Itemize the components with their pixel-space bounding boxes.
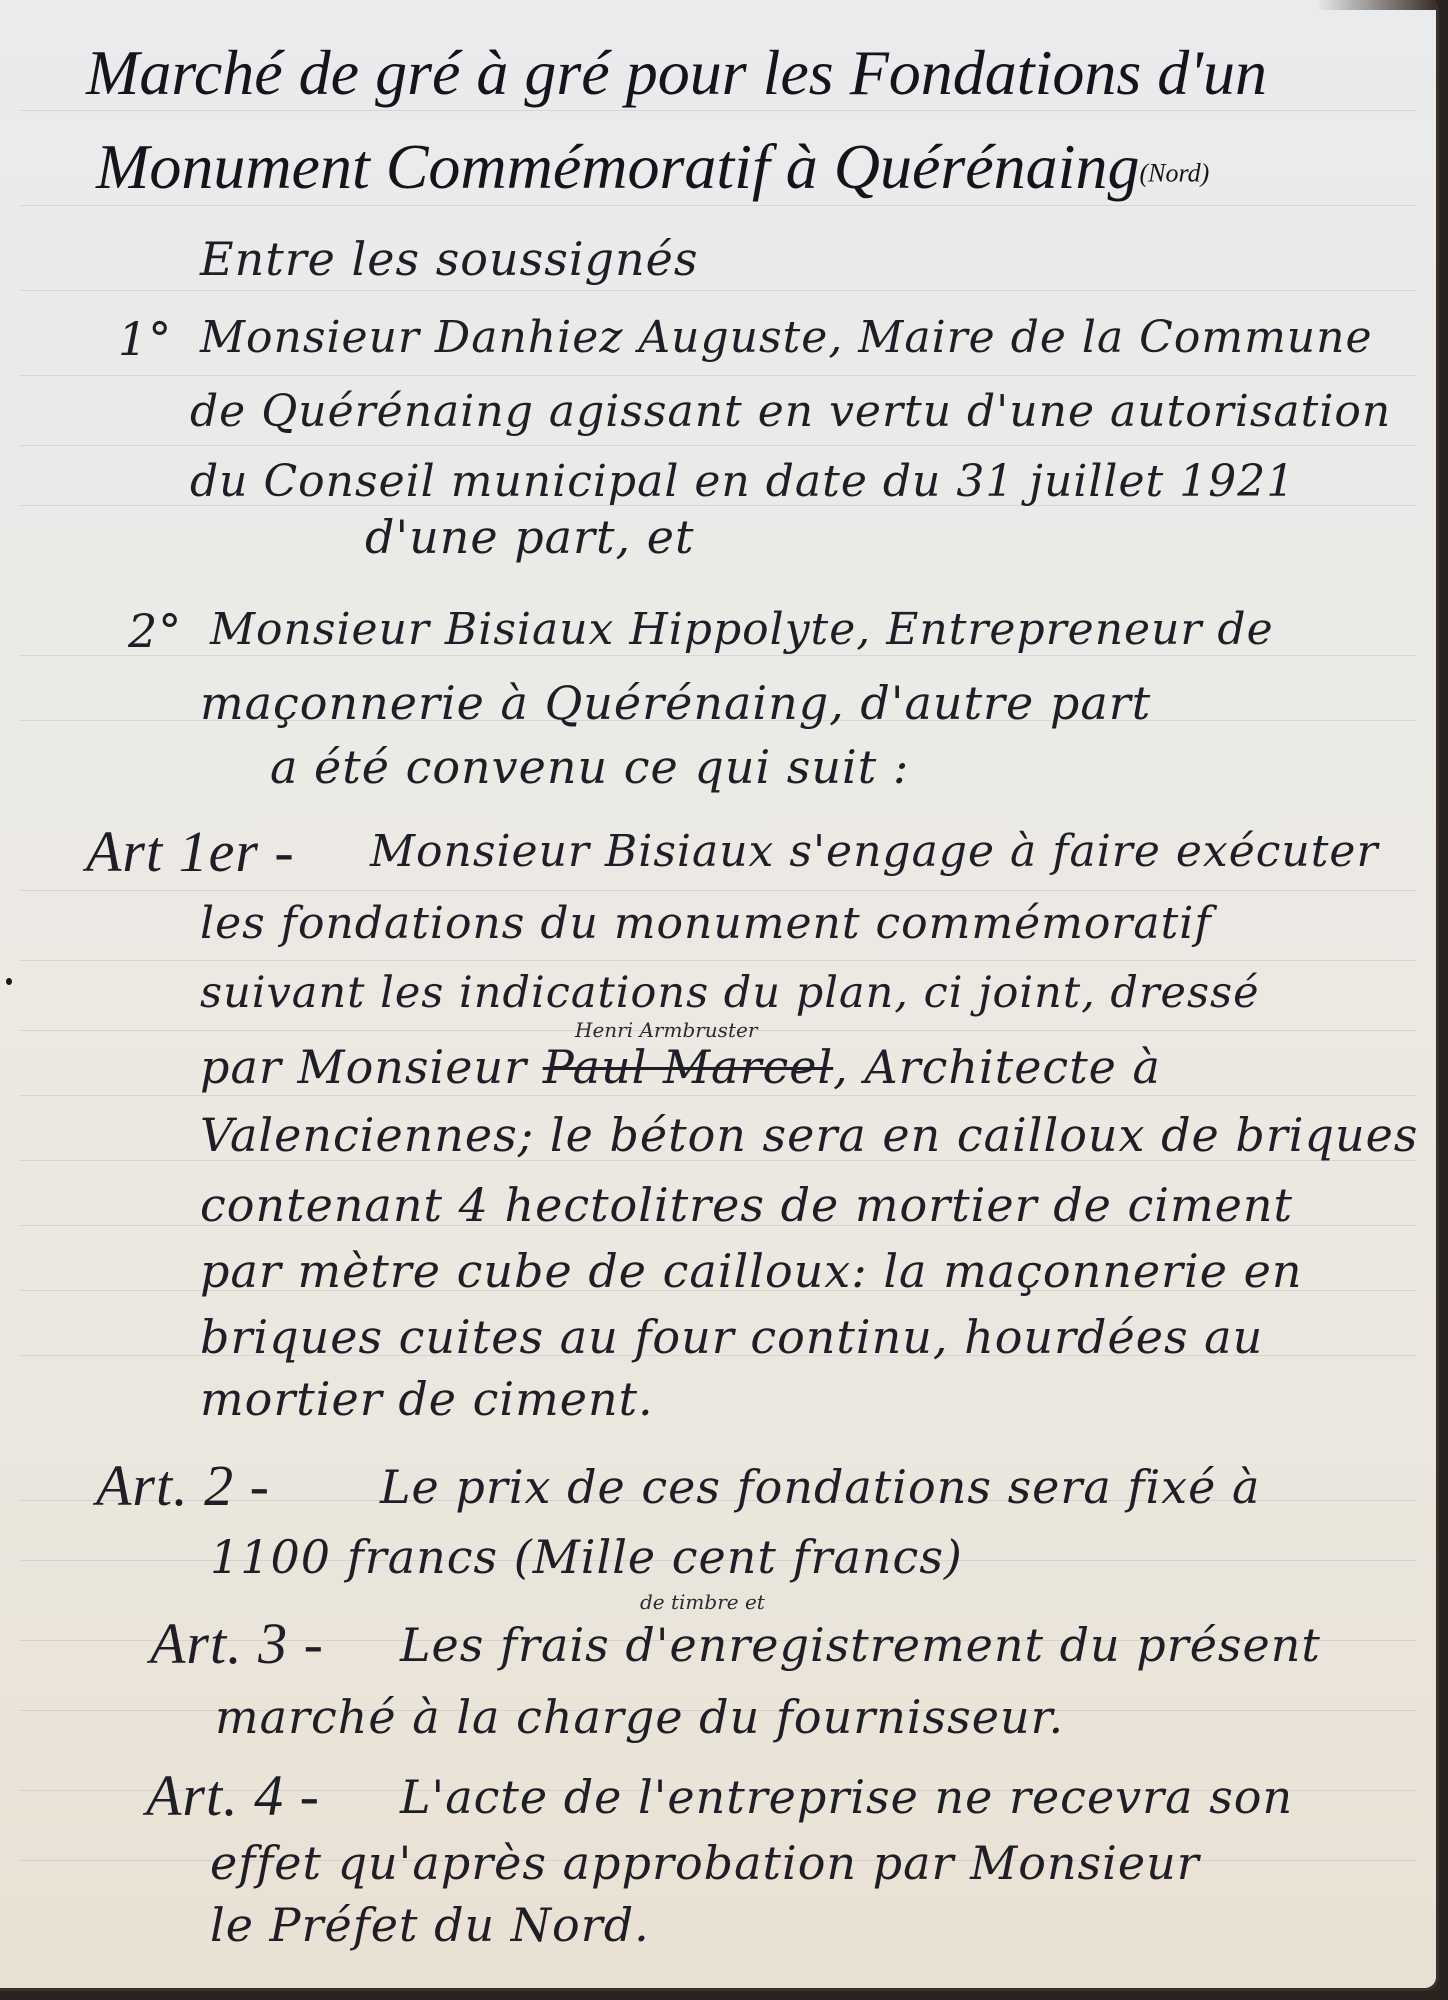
party-1-line-1: Monsieur Danhiez Auguste, Maire de la Co… <box>200 312 1373 363</box>
article-1-inserted-architect-name: Henri Armbruster <box>575 1018 757 1042</box>
ruled-line <box>20 110 1416 111</box>
article-2-line-1: Le prix de ces fondations sera fixé à <box>380 1460 1260 1514</box>
article-3-line-1: Les frais d'enregistrement du présent <box>400 1618 1321 1672</box>
ruled-line <box>20 890 1416 891</box>
article-1-line-3: suivant les indications du plan, ci join… <box>200 968 1260 1018</box>
document-title-line-1: Marché de gré à gré pour les Fondations … <box>86 36 1267 110</box>
ruled-line <box>20 445 1416 446</box>
article-1-line-1: Monsieur Bisiaux s'engage à faire exécut… <box>370 826 1379 877</box>
ruled-line <box>20 375 1416 376</box>
article-2-line-2: 1100 francs (Mille cent francs) <box>210 1530 963 1584</box>
party-2-line-1: Monsieur Bisiaux Hippolyte, Entrepreneur… <box>210 604 1274 655</box>
party-2-line-2: maçonnerie à Quérénaing, d'autre part <box>200 676 1151 730</box>
ruled-line <box>20 205 1416 206</box>
article-4-label: Art. 4 - <box>146 1762 320 1829</box>
document-title-line-2: Monument Commémoratif à Quérénaing(Nord) <box>96 130 1209 204</box>
article-1-label: Art 1er - <box>86 818 295 885</box>
article-3-insertion: de timbre et <box>640 1590 765 1614</box>
article-4-line-1: L'acte de l'entreprise ne recevra son <box>400 1770 1293 1824</box>
party-2-line-3: a été convenu ce qui suit : <box>270 740 909 794</box>
article-1-line-4-suffix: , Architecte à <box>833 1040 1161 1094</box>
article-1-line-8: briques cuites au four continu, hourdées… <box>200 1310 1263 1364</box>
preamble-intro: Entre les soussignés <box>200 232 698 286</box>
article-1-line-6: contenant 4 hectolitres de mortier de ci… <box>200 1178 1293 1232</box>
ruled-line <box>20 290 1416 291</box>
ruled-line <box>20 1095 1416 1096</box>
ruled-line <box>20 960 1416 961</box>
article-1-line-4: par Monsieur Paul Marcel, Architecte à <box>200 1040 1161 1094</box>
article-1-line-2: les fondations du monument commémoratif <box>200 898 1212 949</box>
article-4-line-3: le Préfet du Nord. <box>210 1898 650 1952</box>
party-1-line-2: de Quérénaing agissant en vertu d'une au… <box>190 386 1391 437</box>
article-3-label: Art. 3 - <box>150 1610 324 1677</box>
article-2-label: Art. 2 - <box>96 1452 270 1519</box>
party-1-line-4: d'une part, et <box>365 510 695 564</box>
party-1-line-3: du Conseil municipal en date du 31 juill… <box>190 456 1295 507</box>
page-corner-shadow <box>1316 0 1436 10</box>
party-1-number: 1° <box>118 312 172 366</box>
handwritten-contract-page: Marché de gré à gré pour les Fondations … <box>0 0 1439 1991</box>
ruled-line <box>20 655 1416 656</box>
article-1-line-4-prefix: par Monsieur <box>200 1040 527 1094</box>
document-title-region: (Nord) <box>1139 158 1209 187</box>
article-1-line-7: par mètre cube de cailloux: la maçonneri… <box>200 1244 1302 1298</box>
ink-spot <box>6 978 12 985</box>
article-1-line-5: Valenciennes; le béton sera en cailloux … <box>200 1108 1418 1162</box>
article-1-struck-architect-name: Paul Marcel <box>543 1040 833 1094</box>
document-title-line-2-text: Monument Commémoratif à Quérénaing <box>96 131 1139 202</box>
article-1-line-9: mortier de ciment. <box>200 1372 654 1426</box>
party-2-number: 2° <box>128 604 182 658</box>
article-4-line-2: effet qu'après approbation par Monsieur <box>210 1836 1200 1890</box>
article-3-line-2: marché à la charge du fournisseur. <box>215 1690 1064 1744</box>
